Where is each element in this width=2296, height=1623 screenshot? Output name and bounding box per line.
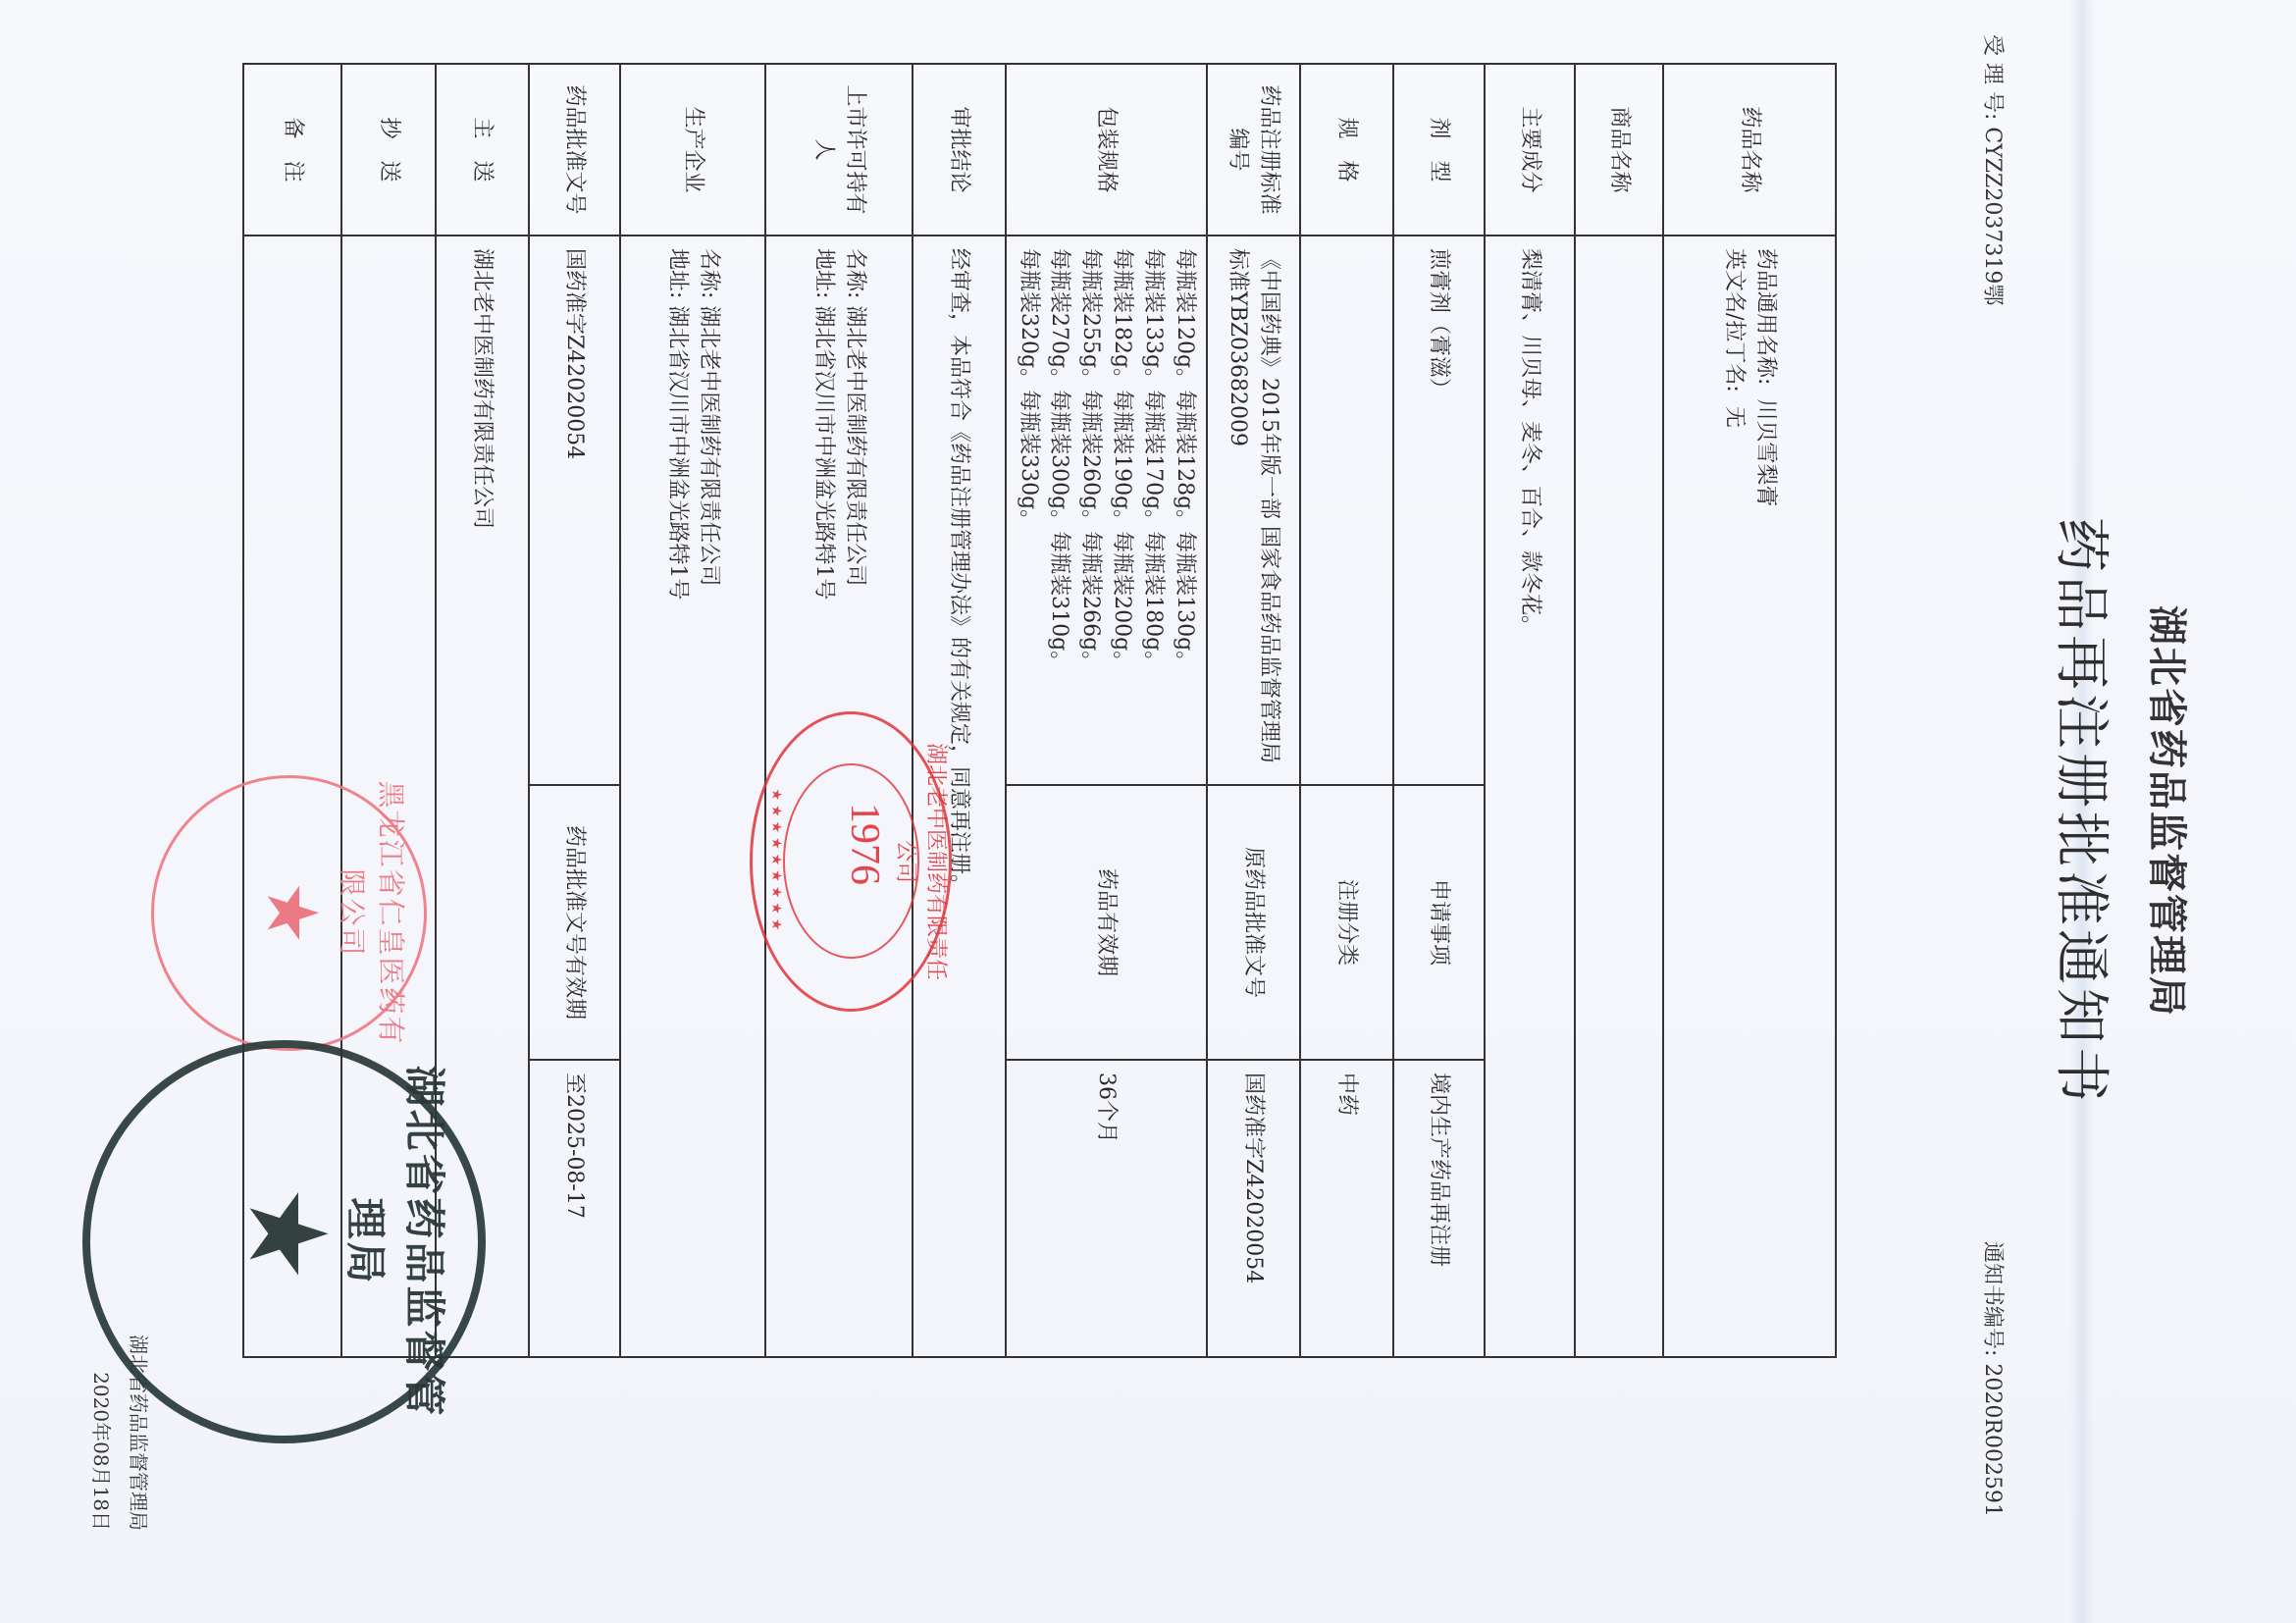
value-drug-name: 药品通用名称: 川贝雪梨膏 英文名/拉丁名: 无 bbox=[1663, 236, 1836, 1357]
label-specification: 规 格 bbox=[1300, 64, 1393, 236]
value-standard-number: 《中国药典》2015年版一部 国家食品药品监督管理局标准YBZ03682009 bbox=[1207, 236, 1300, 785]
packaging-line: 每瓶装182g。每瓶装190g。每瓶装200g。 bbox=[1106, 248, 1137, 772]
generic-name: 药品通用名称: 川贝雪梨膏 bbox=[1749, 248, 1781, 1344]
value-application: 境内生产药品再注册 bbox=[1393, 1060, 1485, 1357]
value-dosage-form: 煎膏剂（膏滋） bbox=[1393, 236, 1485, 785]
value-specification bbox=[1300, 236, 1393, 785]
label-drug-name: 药品名称 bbox=[1663, 64, 1836, 236]
acceptance-number-value: CYZZ2037319鄂 bbox=[1980, 127, 2005, 305]
value-packaging: 每瓶装120g。每瓶装128g。每瓶装130g。 每瓶装133g。每瓶装170g… bbox=[1006, 236, 1207, 785]
label-main-ingredients: 主要成分 bbox=[1485, 64, 1575, 236]
manufacturer-address-label: 地址: bbox=[665, 248, 690, 298]
label-application: 申请事项 bbox=[1393, 785, 1485, 1060]
notice-number: 通知书编号: 2020R002591 bbox=[1979, 1241, 2009, 1517]
value-remarks bbox=[243, 236, 341, 1357]
value-shelf-life: 36个月 bbox=[1006, 1060, 1207, 1357]
label-main-recipient: 主 送 bbox=[436, 64, 529, 236]
label-shelf-life: 药品有效期 bbox=[1006, 785, 1207, 1060]
manufacturer-name: 名称: 湖北老中医制药有限责任公司 bbox=[693, 248, 724, 1344]
row-trade-name: 商品名称 bbox=[1575, 64, 1663, 1357]
packaging-line: 每瓶装270g。每瓶装300g。每瓶装310g。 bbox=[1044, 248, 1075, 772]
notice-number-label: 通知书编号: bbox=[1980, 1241, 2005, 1356]
row-approval-number: 药品批准文号 国药准字Z42020054 药品批准文号有效期 至2025-08-… bbox=[529, 64, 620, 1357]
value-mah: 名称: 湖北老中医制药有限责任公司 地址: 湖北省汉川市中洲盆光路特1号 bbox=[765, 236, 913, 1357]
approval-table: 药品名称 药品通用名称: 川贝雪梨膏 英文名/拉丁名: 无 商品名称 主要成分 … bbox=[242, 63, 1837, 1358]
signature-block: 湖北省药品监督管理局 2020年08月18日 bbox=[82, 1158, 157, 1531]
manufacturer-name-value: 湖北老中医制药有限责任公司 bbox=[697, 305, 721, 586]
label-mah: 上市许可持有人 bbox=[765, 64, 913, 236]
issuing-organization: 湖北省药品监督管理局 bbox=[2142, 0, 2198, 1623]
english-name-value: 无 bbox=[1722, 406, 1747, 428]
row-mah: 上市许可持有人 名称: 湖北老中医制药有限责任公司 地址: 湖北省汉川市中洲盆光… bbox=[765, 64, 913, 1357]
signing-date: 2020年08月18日 bbox=[82, 1158, 120, 1531]
acceptance-number: 受 理 号: CYZZ2037319鄂 bbox=[1979, 34, 2009, 305]
value-cc bbox=[341, 236, 436, 1357]
label-conclusion: 审批结论 bbox=[913, 64, 1006, 236]
value-approval-number: 国药准字Z42020054 bbox=[529, 236, 620, 785]
label-cc: 抄 送 bbox=[341, 64, 436, 236]
mah-name: 名称: 湖北老中医制药有限责任公司 bbox=[839, 248, 870, 1344]
signing-authority: 湖北省药品监督管理局 bbox=[120, 1158, 157, 1531]
packaging-line: 每瓶装133g。每瓶装170g。每瓶装180g。 bbox=[1137, 248, 1169, 772]
row-specification: 规 格 注册分类 中药 bbox=[1300, 64, 1393, 1357]
english-name-label: 英文名/拉丁名: bbox=[1722, 248, 1747, 393]
label-dosage-form: 剂 型 bbox=[1393, 64, 1485, 236]
row-cc: 抄 送 bbox=[341, 64, 436, 1357]
value-approval-validity: 至2025-08-17 bbox=[529, 1060, 620, 1357]
label-trade-name: 商品名称 bbox=[1575, 64, 1663, 236]
manufacturer-address: 地址: 湖北省汉川市中洲盆光路特1号 bbox=[661, 248, 693, 1344]
row-main-ingredients: 主要成分 梨清膏、川贝母、麦冬、百合、款冬花。 bbox=[1485, 64, 1575, 1357]
packaging-line: 每瓶装320g。每瓶装330g。 bbox=[1013, 248, 1044, 772]
row-remarks: 备 注 bbox=[243, 64, 341, 1357]
label-manufacturer: 生产企业 bbox=[620, 64, 765, 236]
mah-address-label: 地址: bbox=[811, 248, 836, 298]
acceptance-number-label: 受 理 号: bbox=[1980, 34, 2005, 120]
mah-address: 地址: 湖北省汉川市中洲盆光路特1号 bbox=[808, 248, 839, 1344]
mah-address-value: 湖北省汉川市中洲盆光路特1号 bbox=[811, 305, 836, 600]
manufacturer-address-value: 湖北省汉川市中洲盆光路特1号 bbox=[665, 305, 690, 600]
value-manufacturer: 名称: 湖北老中医制药有限责任公司 地址: 湖北省汉川市中洲盆光路特1号 bbox=[620, 236, 765, 1357]
label-approval-validity: 药品批准文号有效期 bbox=[529, 785, 620, 1060]
english-name: 英文名/拉丁名: 无 bbox=[1718, 248, 1749, 1344]
generic-name-value: 川贝雪梨膏 bbox=[1753, 398, 1778, 506]
mah-name-label: 名称: bbox=[843, 248, 867, 298]
packaging-line: 每瓶装255g。每瓶装260g。每瓶装266g。 bbox=[1074, 248, 1106, 772]
manufacturer-name-label: 名称: bbox=[697, 248, 721, 298]
value-conclusion: 经审查，本品符合《药品注册管理办法》的有关规定，同意再注册。 bbox=[913, 236, 1006, 1357]
notice-number-value: 2020R002591 bbox=[1980, 1363, 2005, 1517]
label-standard-number: 药品注册标准编号 bbox=[1207, 64, 1300, 236]
value-trade-name bbox=[1575, 236, 1663, 1357]
row-main-recipient: 主 送 湖北老中医制药有限责任公司 bbox=[436, 64, 529, 1357]
row-dosage-form: 剂 型 煎膏剂（膏滋） 申请事项 境内生产药品再注册 bbox=[1393, 64, 1485, 1357]
row-packaging: 包装规格 每瓶装120g。每瓶装128g。每瓶装130g。 每瓶装133g。每瓶… bbox=[1006, 64, 1207, 1357]
label-remarks: 备 注 bbox=[243, 64, 341, 236]
document-title: 药品再注册批准通知书 bbox=[2046, 0, 2124, 1623]
generic-name-label: 药品通用名称: bbox=[1753, 248, 1778, 385]
label-original-approval-number: 原药品批准文号 bbox=[1207, 785, 1300, 1060]
value-main-recipient: 湖北老中医制药有限责任公司 bbox=[436, 236, 529, 1357]
row-conclusion: 审批结论 经审查，本品符合《药品注册管理办法》的有关规定，同意再注册。 bbox=[913, 64, 1006, 1357]
packaging-line: 每瓶装120g。每瓶装128g。每瓶装130g。 bbox=[1169, 248, 1200, 772]
row-drug-name: 药品名称 药品通用名称: 川贝雪梨膏 英文名/拉丁名: 无 bbox=[1663, 64, 1836, 1357]
label-registration-category: 注册分类 bbox=[1300, 785, 1393, 1060]
row-manufacturer: 生产企业 名称: 湖北老中医制药有限责任公司 地址: 湖北省汉川市中洲盆光路特1… bbox=[620, 64, 765, 1357]
label-approval-number: 药品批准文号 bbox=[529, 64, 620, 236]
value-original-approval-number: 国药准字Z42020054 bbox=[1207, 1060, 1300, 1357]
approval-notice-page: 湖北省药品监督管理局 药品再注册批准通知书 受 理 号: CYZZ2037319… bbox=[0, 0, 2296, 1623]
value-main-ingredients: 梨清膏、川贝母、麦冬、百合、款冬花。 bbox=[1485, 236, 1575, 1357]
label-packaging: 包装规格 bbox=[1006, 64, 1207, 236]
row-standard-number: 药品注册标准编号 《中国药典》2015年版一部 国家食品药品监督管理局标准YBZ… bbox=[1207, 64, 1300, 1357]
value-registration-category: 中药 bbox=[1300, 1060, 1393, 1357]
mah-name-value: 湖北老中医制药有限责任公司 bbox=[843, 305, 867, 586]
